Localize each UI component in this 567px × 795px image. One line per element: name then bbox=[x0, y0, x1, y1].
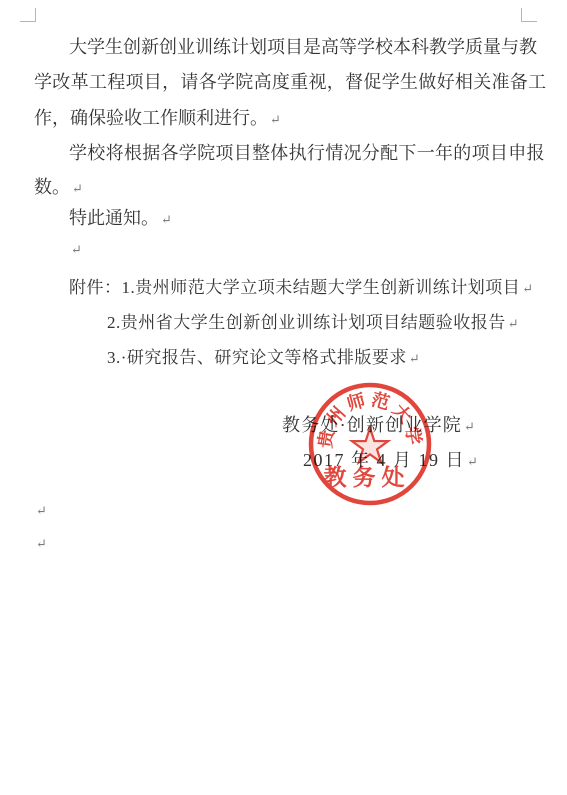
paragraph-mark-icon: ↵ bbox=[467, 454, 479, 469]
attachment-text: 3.·研究报告、研究论文等格式排版要求 bbox=[107, 348, 407, 367]
document-page: { "colors": { "page_background": "#fffff… bbox=[0, 0, 567, 795]
attachment-line: 3.·研究报告、研究论文等格式排版要求↵ bbox=[107, 347, 420, 370]
body-text: 学校将根据各学院项目整体执行情况分配下一年的项目申报 bbox=[69, 143, 545, 163]
paragraph-mark-icon: ↵ bbox=[36, 504, 47, 517]
star-icon bbox=[352, 428, 388, 462]
attachment-line: 附件：1.贵州师范大学立项未结题大学生创新训练计划项目↵ bbox=[69, 277, 534, 300]
body-text-line: 数。↵ bbox=[34, 176, 83, 200]
paragraph-mark-icon: ↵ bbox=[464, 419, 476, 434]
paragraph-mark-icon: ↵ bbox=[508, 316, 519, 331]
body-text-line: 特此通知。↵ bbox=[69, 207, 172, 231]
paragraph-mark-icon: ↵ bbox=[409, 351, 420, 366]
body-text-line: 学改革工程项目，请各学院高度重视，督促学生做好相关准备工 bbox=[34, 71, 546, 93]
body-text: 特此通知。 bbox=[69, 208, 159, 228]
paragraph-mark-icon: ↵ bbox=[522, 281, 533, 296]
body-text-line: 大学生创新创业训练计划项目是高等学校本科教学质量与教 bbox=[69, 36, 537, 58]
body-text: 学改革工程项目，请各学院高度重视，督促学生做好相关准备工 bbox=[34, 72, 546, 92]
attachment-text: 2.贵州省大学生创新创业训练计划项目结题验收报告 bbox=[107, 313, 506, 332]
paragraph-mark-icon: ↵ bbox=[161, 212, 172, 227]
attachment-text: 附件：1.贵州师范大学立项未结题大学生创新训练计划项目 bbox=[69, 278, 520, 297]
paragraph-mark-icon: ↵ bbox=[36, 537, 47, 550]
paragraph-mark-icon: ↵ bbox=[270, 112, 281, 127]
body-text-line: 作，确保验收工作顺利进行。↵ bbox=[34, 107, 281, 131]
text-boundary-mark-top-right bbox=[521, 8, 537, 22]
attachment-line: 2.贵州省大学生创新创业训练计划项目结题验收报告↵ bbox=[107, 312, 519, 335]
body-text: 作，确保验收工作顺利进行。 bbox=[34, 108, 268, 128]
official-seal: 贵州师范大学 教务处 bbox=[307, 381, 433, 507]
body-text: 大学生创新创业训练计划项目是高等学校本科教学质量与教 bbox=[69, 37, 537, 57]
body-text-line: 学校将根据各学院项目整体执行情况分配下一年的项目申报 bbox=[69, 142, 545, 164]
paragraph-mark-icon: ↵ bbox=[72, 181, 83, 196]
paragraph-mark-icon: ↵ bbox=[71, 243, 82, 256]
body-text: 数。 bbox=[34, 177, 70, 197]
seal-bottom-text: 教务处 bbox=[324, 464, 411, 490]
text-boundary-mark-top-left bbox=[20, 8, 36, 22]
